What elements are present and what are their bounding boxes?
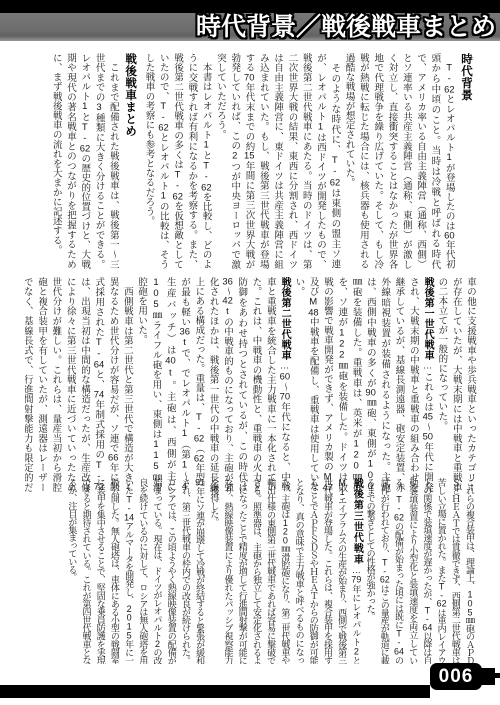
inline-heading: 戦後第二世代戦車 [279,277,290,361]
section-heading: 時代背景 [459,53,473,269]
magazine-page: 時代背景／戦後戦車まとめ 時代背景 T-62とレオパルト1が登場したのは60年代… [0,0,500,705]
article-paragraph: これまで配備された戦後戦車は、戦後第一〜三世代までの3種類に大きく分けることがで… [51,53,120,269]
inline-heading: 戦後第三世代戦車 [351,478,362,565]
section-heading: 戦後戦車まとめ [123,53,137,269]
inline-heading: 戦後第一世代戦車 [422,277,433,361]
article-paragraph: T-62とレオパルト1が登場したのは60年代初頭から中頃のこと。当時は冷戦と呼ば… [341,53,455,269]
article-paragraph: 91年にソ連が崩壊して冷戦が終結すると緊張が緩和され、第三世代戦車の枠内での改良… [65,478,207,664]
article-paragraph: 戦後第二世代戦車…60〜70年代になると、中戦車と重戦車を統合した主力戦車に一本… [134,277,291,492]
page-number-badge: 006 [430,663,482,690]
bottom-black-bar [0,685,430,698]
article-paragraph: 戦後第三世代戦車…79年にレオパルト2とM1エイブラムスの生産が始まり、西側で戦… [207,478,363,664]
tank-barrel-icon [494,673,500,678]
page-title: 時代背景／戦後戦車まとめ [196,11,496,43]
article-band-1: 時代背景 T-62とレオパルト1が登場したのは60年代初頭から中頃のこと。当時は… [51,53,477,269]
article-band-3: これらの複合装甲は、理論上、105㎜砲のＡＰＤＳとＨＥＡＴでは貫徹できず、西側第… [25,478,477,664]
article-band-2: 車の他に支援戦車や歩兵戦車といったカテゴリーが存在していたが、大戦末期には中戦車… [25,277,477,492]
article-paragraph: 本書はレオパルト1とT-62を比較し、どのように交戦すれば有利になるかを考察する… [141,53,212,269]
article-paragraph: 車の他に支援戦車や歩兵戦車といったカテゴリーが存在していたが、大戦末期には中戦車… [434,277,477,492]
article-paragraph: 西側戦車は第二世代と第三世代で構造が大きく異なるため世代分けが容易だが、ソ連で6… [25,277,134,492]
tank-icon [480,668,495,685]
article-paragraph: そのような時代に、T-62は東側の盟主ソ連が、レオパルト1は西ドイツが開発したも… [213,53,342,269]
article-paragraph: 戦後第一世代戦車…これらは45〜50年代に開発され、大戦末期の中戦車と重戦車の組… [291,277,434,492]
article-paragraph: これらの複合装甲は、理論上、105㎜砲のＡＰＤＳとＨＥＡＴでは貫徹できず、西側第… [363,478,477,664]
